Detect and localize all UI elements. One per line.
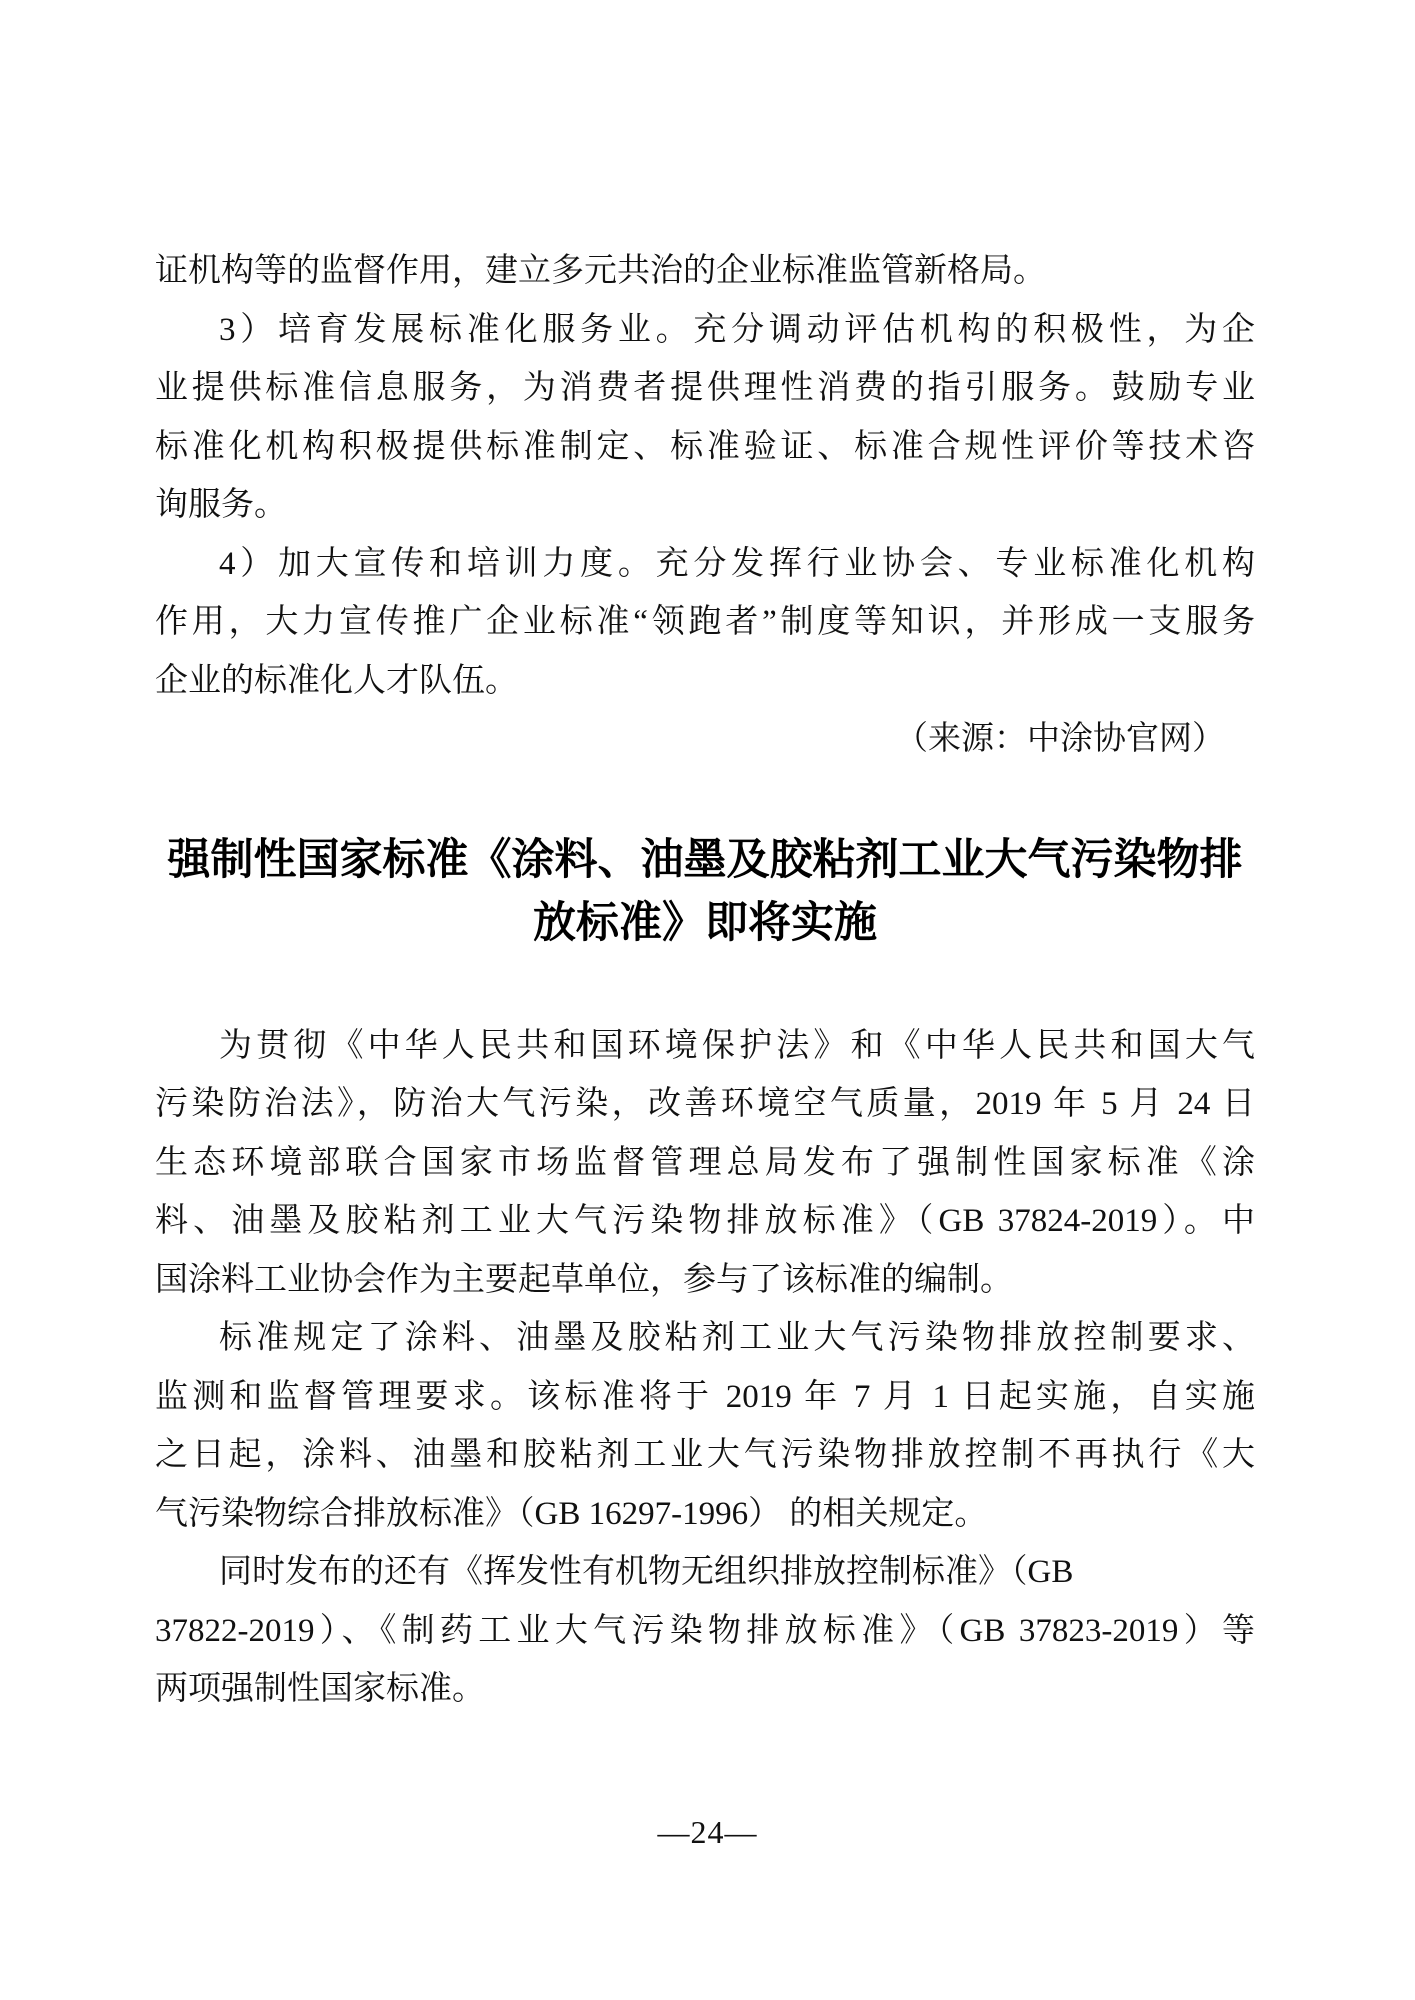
text-line: 3）培育发展标准化服务业。充分调动评估机构的积极性，为企 [155,301,1255,360]
text-line: 之日起，涂料、油墨和胶粘剂工业大气污染物排放控制不再执行《大 [155,1426,1255,1485]
para-supervision-end: 证机构等的监督作用，建立多元共治的企业标准监管新格局。 [155,242,1255,301]
text-line: 料、油墨及胶粘剂工业大气污染物排放标准》（GB 37824-2019）。中 [155,1192,1255,1251]
text-line: 污染防治法》，防治大气污染，改善环境空气质量，2019 年 5 月 24 日 [155,1075,1255,1134]
para-other-standards: 同时发布的还有《挥发性有机物无组织排放控制标准》（GB37822-2019）、《… [155,1543,1255,1719]
text-line: 企业的标准化人才队伍。 [155,652,1255,711]
para-item-3: 3）培育发展标准化服务业。充分调动评估机构的积极性，为企业提供标准信息服务，为消… [155,301,1255,535]
text-line: 标准规定了涂料、油墨及胶粘剂工业大气污染物排放控制要求、 [155,1309,1255,1368]
para-standard-scope: 标准规定了涂料、油墨及胶粘剂工业大气污染物排放控制要求、监测和监督管理要求。该标… [155,1309,1255,1543]
text-line: 37822-2019）、《制药工业大气污染物排放标准》（GB 37823-201… [155,1602,1255,1661]
text-line: 4）加大宣传和培训力度。充分发挥行业协会、专业标准化机构 [155,535,1255,594]
text-line: 作用，大力宣传推广企业标准“领跑者”制度等知识，并形成一支服务 [155,593,1255,652]
text-line: 气污染物综合排放标准》（GB 16297-1996） 的相关规定。 [155,1485,1255,1544]
text-line: 两项强制性国家标准。 [155,1660,1255,1719]
para-item-4: 4）加大宣传和培训力度。充分发挥行业协会、专业标准化机构作用，大力宣传推广企业标… [155,535,1255,711]
text-line: 同时发布的还有《挥发性有机物无组织排放控制标准》（GB [155,1543,1255,1602]
text-line: 询服务。 [155,476,1255,535]
text-line: 标准化机构积极提供标准制定、标准验证、标准合规性评价等技术咨 [155,418,1255,477]
text-line: 生态环境部联合国家市场监督管理总局发布了强制性国家标准《涂 [155,1134,1255,1193]
article-heading-line: 强制性国家标准《涂料、油墨及胶粘剂工业大气污染物排 [155,829,1255,892]
document-page: 证机构等的监督作用，建立多元共治的企业标准监管新格局。3）培育发展标准化服务业。… [0,0,1415,2000]
document-body: 证机构等的监督作用，建立多元共治的企业标准监管新格局。3）培育发展标准化服务业。… [155,242,1255,1719]
page-number: —24— [0,1812,1415,1852]
article-heading: 强制性国家标准《涂料、油墨及胶粘剂工业大气污染物排放标准》即将实施 [155,829,1255,955]
text-line: 监测和监督管理要求。该标准将于 2019 年 7 月 1 日起实施，自实施 [155,1368,1255,1427]
text-line: 业提供标准信息服务，为消费者提供理性消费的指引服务。鼓励专业 [155,359,1255,418]
article-heading-line: 放标准》即将实施 [155,892,1255,955]
para-standard-issued: 为贯彻《中华人民共和国环境保护法》和《中华人民共和国大气污染防治法》，防治大气污… [155,1017,1255,1310]
source-attribution: （来源：中涂协官网） [155,710,1255,769]
text-line: 证机构等的监督作用，建立多元共治的企业标准监管新格局。 [155,242,1255,301]
text-line: 国涂料工业协会作为主要起草单位，参与了该标准的编制。 [155,1251,1255,1310]
text-line: 为贯彻《中华人民共和国环境保护法》和《中华人民共和国大气 [155,1017,1255,1076]
